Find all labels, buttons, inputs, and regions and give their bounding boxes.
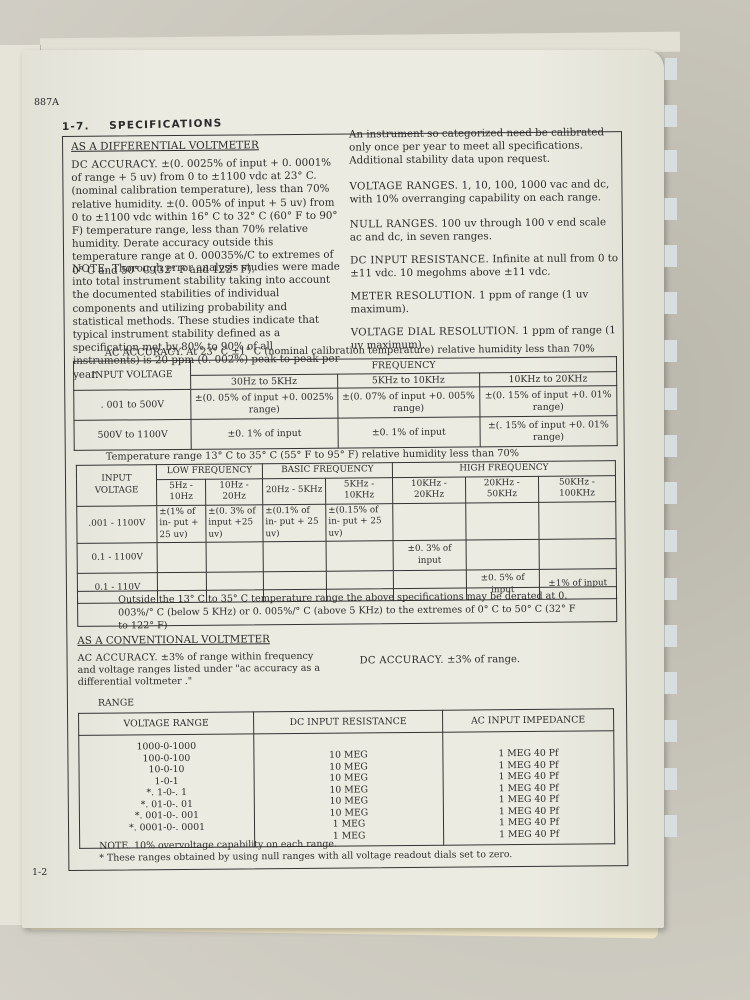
temp-cell: [539, 539, 617, 570]
range-header-voltage: VOLTAGE RANGE: [79, 712, 254, 736]
ac-header-input-voltage: INPUT VOLTAGE: [73, 360, 190, 390]
conventional-dc-label: DC ACCURACY.: [360, 655, 444, 667]
temperature-range-table: INPUT VOLTAGE LOW FREQUENCY BASIC FREQUE…: [76, 460, 617, 604]
binder-tab: [664, 198, 677, 220]
dc-accuracy-paragraph: DC ACCURACY. ±(0. 0025% of input + 0. 00…: [71, 157, 340, 278]
conventional-ac-accuracy: AC ACCURACY. ±3% of range within frequen…: [78, 651, 328, 689]
temp-cell: ±(1% of in- put + 25 uv): [157, 505, 206, 543]
binder-tab: [664, 578, 677, 600]
dc-input-resistance-label: DC INPUT RESISTANCE.: [350, 253, 489, 266]
binder-tab: [664, 340, 677, 362]
specifications-frame: AS A DIFFERENTIAL VOLTMETER DC ACCURACY.…: [62, 131, 628, 871]
binder-tab: [664, 768, 677, 790]
binder-tab: [664, 672, 677, 694]
conventional-dc-accuracy: DC ACCURACY. ±3% of range.: [360, 652, 610, 667]
temp-cell: [393, 502, 466, 540]
dc-accuracy-text: ±(0. 0025% of input + 0. 0001% of range …: [71, 157, 337, 277]
temp-cell: ±(0.15% of in- put + 25 uv): [326, 503, 393, 541]
binder-tab: [664, 388, 677, 410]
ac-row-voltage: 500V to 1100V: [74, 419, 191, 450]
ac-col-header: 5KHz to 10KHz: [337, 372, 479, 388]
meter-resolution-paragraph: METER RESOLUTION. 1 ppm of range (1 uv m…: [350, 288, 618, 317]
binder-tab: [664, 150, 677, 172]
ac-cell: ±0. 1% of input: [338, 417, 480, 448]
temp-cell: [206, 542, 263, 572]
temp-header-input-voltage: INPUT VOLTAGE: [76, 465, 156, 506]
binder-tab: [664, 58, 677, 80]
temp-col-header: 20Hz - 5KHz: [262, 478, 325, 505]
binder-tab: [664, 292, 677, 314]
binder-tab: [664, 815, 677, 837]
temp-cell: ±(0.1% of in- put + 25 uv): [263, 504, 326, 542]
range-footnote: * These ranges obtained by using null ra…: [99, 848, 512, 865]
temp-cell: [326, 541, 393, 572]
range-ac-column: 1 MEG 40 Pf 1 MEG 40 Pf 1 MEG 40 Pf 1 ME…: [443, 731, 615, 845]
conventional-dc-text: ±3% of range.: [447, 654, 520, 666]
ac-cell: ±(0. 07% of input +0. 005% range): [337, 387, 479, 418]
range-header-ac-impedance: AC INPUT IMPEDANCE: [443, 709, 614, 732]
ac-cell: ±0. 1% of input: [191, 418, 338, 449]
voltage-ranges-label: VOLTAGE RANGES.: [349, 180, 458, 193]
temp-group-low: LOW FREQUENCY: [156, 464, 262, 479]
differential-heading: AS A DIFFERENTIAL VOLTMETER: [71, 139, 259, 154]
note-label: NOTE.: [72, 263, 109, 275]
ac-accuracy-table: INPUT VOLTAGE FREQUENCY 30Hz to 5KHz 5KH…: [73, 356, 618, 451]
conventional-ac-label: AC ACCURACY.: [78, 652, 158, 664]
meter-resolution-label: METER RESOLUTION.: [350, 289, 475, 302]
model-number: 887A: [34, 96, 59, 109]
temp-cell: [157, 542, 206, 572]
temp-cell: [263, 541, 326, 572]
temp-row-voltage: .001 - 1100V: [77, 505, 157, 543]
null-ranges-paragraph: NULL RANGES. 100 uv through 100 v end sc…: [350, 216, 618, 245]
ac-row-voltage: . 001 to 500V: [74, 389, 191, 420]
range-ac-impedance: 1 MEG 40 Pf: [446, 828, 612, 841]
ac-col-header: 10KHz to 20KHz: [479, 371, 616, 387]
range-caption: RANGE: [98, 696, 134, 709]
conventional-heading: AS A CONVENTIONAL VOLTMETER: [77, 633, 270, 648]
binder-tab: [664, 105, 677, 127]
binder-tabs: [664, 50, 680, 880]
calibration-paragraph: An instrument so categorized need be cal…: [349, 126, 617, 168]
voltage-ranges-paragraph: VOLTAGE RANGES. 1, 10, 100, 1000 vac and…: [349, 178, 617, 207]
ac-cell: ±(0. 05% of input +0. 0025% range): [191, 388, 338, 419]
range-header-dc-resistance: DC INPUT RESISTANCE: [254, 710, 443, 734]
section-number: 1-7.: [62, 120, 90, 133]
temp-col-header: 50KHz - 100KHz: [538, 475, 616, 502]
ac-col-header: 30Hz to 5KHz: [191, 374, 338, 390]
dial-resolution-label: VOLTAGE DIAL RESOLUTION.: [351, 325, 519, 338]
temp-col-header: 20KHz - 50KHz: [465, 476, 538, 503]
temp-row-voltage: 0.1 - 1100V: [77, 543, 157, 574]
derate-note: Outside the 13° C to 35° C temperature r…: [77, 586, 617, 627]
temp-cell: [538, 501, 616, 539]
binder-tab: [664, 435, 677, 457]
temp-cell: [466, 502, 539, 540]
binder-tab: [664, 720, 677, 742]
binder-tab: [664, 625, 677, 647]
section-title-text: SPECIFICATIONS: [109, 117, 223, 132]
temp-col-header: 5KHz - 10KHz: [325, 477, 392, 504]
dc-accuracy-label: DC ACCURACY.: [71, 158, 158, 171]
page-number: 1-2: [32, 866, 47, 879]
temp-cell: [466, 539, 539, 570]
temp-col-header: 10Hz - 20Hz: [205, 478, 262, 504]
null-ranges-label: NULL RANGES.: [350, 218, 438, 231]
temp-cell: ±(0. 3% of input +25 uv): [206, 504, 263, 542]
temp-col-header: 5Hz - 10Hz: [156, 479, 205, 505]
temp-cell: ±0. 3% of input: [393, 540, 466, 571]
binder-tab: [664, 245, 677, 267]
range-voltage-column: 1000-0-1000 100-0-100 10-0-10 1-0-1 *. 1…: [79, 734, 255, 849]
temp-group-basic: BASIC FREQUENCY: [262, 463, 392, 479]
dc-input-resistance-paragraph: DC INPUT RESISTANCE. Infinite at null fr…: [350, 252, 618, 281]
binder-tab: [664, 530, 677, 552]
ac-cell: ±(. 15% of input +0. 01% range): [480, 416, 618, 447]
ac-cell: ±(0. 15% of input +0. 01% range): [479, 386, 617, 417]
range-dc-column: 10 MEG 10 MEG 10 MEG 10 MEG 10 MEG 10 ME…: [254, 732, 444, 847]
binder-tab: [664, 482, 677, 504]
range-table: VOLTAGE RANGE DC INPUT RESISTANCE AC INP…: [78, 708, 615, 849]
temp-col-header: 10KHz - 20KHz: [392, 476, 465, 503]
